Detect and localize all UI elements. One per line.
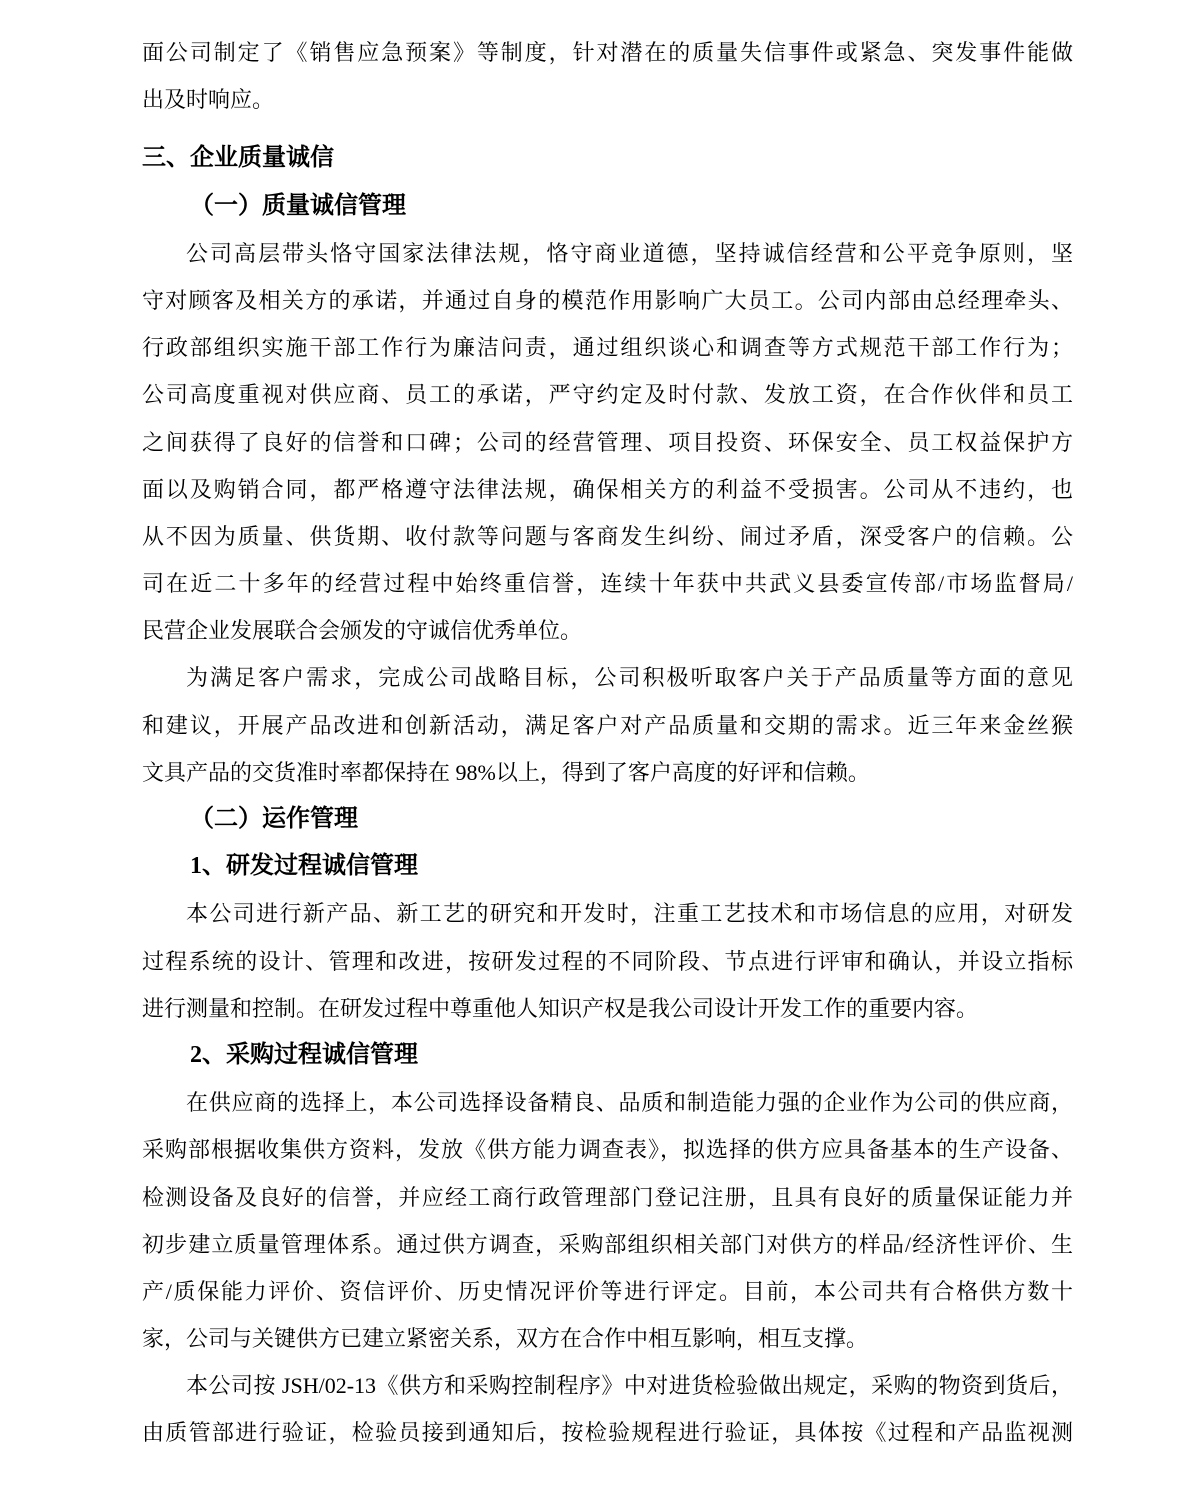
text-line: 面公司制定了《销售应急预案》等制度，针对潜在的质量失信事件或紧急、突发事件能做 — [142, 29, 1073, 76]
text-line: 进行测量和控制。在研发过程中尊重他人知识产权是我公司设计开发工作的重要内容。 — [142, 985, 1073, 1032]
numbered-heading: 2、采购过程诚信管理 — [142, 1032, 1073, 1079]
text-line: 出及时响应。 — [142, 76, 1073, 123]
subsection-heading: （一）质量诚信管理 — [142, 183, 1073, 230]
text-line: 民营企业发展联合会颁发的守诚信优秀单位。 — [142, 607, 1073, 654]
text-line: 和建议，开展产品改进和创新活动，满足客户对产品质量和交期的需求。近三年来金丝猴 — [142, 702, 1073, 749]
text-line: 在供应商的选择上，本公司选择设备精良、品质和制造能力强的企业作为公司的供应商， — [142, 1079, 1073, 1126]
subsection-heading: （二）运作管理 — [142, 796, 1073, 843]
text-line: 司在近二十多年的经营过程中始终重信誉，连续十年获中共武义县委宣传部/市场监督局/ — [142, 560, 1073, 607]
text-line: 过程系统的设计、管理和改进，按研发过程的不同阶段、节点进行评审和确认，并设立指标 — [142, 938, 1073, 985]
text-line: 面以及购销合同，都严格遵守法律法规，确保相关方的利益不受损害。公司从不违约，也 — [142, 466, 1073, 513]
text-line: 本公司进行新产品、新工艺的研究和开发时，注重工艺技术和市场信息的应用，对研发 — [142, 890, 1073, 937]
text-line: 初步建立质量管理体系。通过供方调查，采购部组织相关部门对供方的样品/经济性评价、… — [142, 1221, 1073, 1268]
text-line: 行政部组织实施干部工作行为廉洁问责，通过组织谈心和调查等方式规范干部工作行为； — [142, 324, 1073, 371]
text-line: 为满足客户需求，完成公司战略目标，公司积极听取客户关于产品质量等方面的意见 — [142, 654, 1073, 701]
text-line: 本公司按 JSH/02-13《供方和采购控制程序》中对进货检验做出规定，采购的物… — [142, 1362, 1073, 1409]
text-line: 之间获得了良好的信誉和口碑；公司的经营管理、项目投资、环保安全、员工权益保护方 — [142, 419, 1073, 466]
text-line: 公司高度重视对供应商、员工的承诺，严守约定及时付款、发放工资，在合作伙伴和员工 — [142, 371, 1073, 418]
text-line: 家，公司与关键供方已建立紧密关系，双方在合作中相互影响，相互支撑。 — [142, 1315, 1073, 1362]
document-page: 面公司制定了《销售应急预案》等制度，针对潜在的质量失信事件或紧急、突发事件能做 … — [0, 0, 1200, 1485]
text-line: 文具产品的交货准时率都保持在 98%以上，得到了客户高度的好评和信赖。 — [142, 749, 1073, 796]
text-line: 检测设备及良好的信誉，并应经工商行政管理部门登记注册，且具有良好的质量保证能力并 — [142, 1174, 1073, 1221]
text-line: 从不因为质量、供货期、收付款等问题与客商发生纠纷、闹过矛盾，深受客户的信赖。公 — [142, 513, 1073, 560]
numbered-heading: 1、研发过程诚信管理 — [142, 843, 1073, 890]
section-heading: 三、企业质量诚信 — [142, 135, 1073, 182]
text-line: 公司高层带头恪守国家法律法规，恪守商业道德，坚持诚信经营和公平竞争原则，坚 — [142, 230, 1073, 277]
text-line: 守对顾客及相关方的承诺，并通过自身的模范作用影响广大员工。公司内部由总经理牵头、 — [142, 277, 1073, 324]
text-line: 由质管部进行验证，检验员接到通知后，按检验规程进行验证，具体按《过程和产品监视测 — [142, 1409, 1073, 1456]
text-line: 产/质保能力评价、资信评价、历史情况评价等进行评定。目前，本公司共有合格供方数十 — [142, 1268, 1073, 1315]
text-line: 采购部根据收集供方资料，发放《供方能力调查表》，拟选择的供方应具备基本的生产设备… — [142, 1126, 1073, 1173]
